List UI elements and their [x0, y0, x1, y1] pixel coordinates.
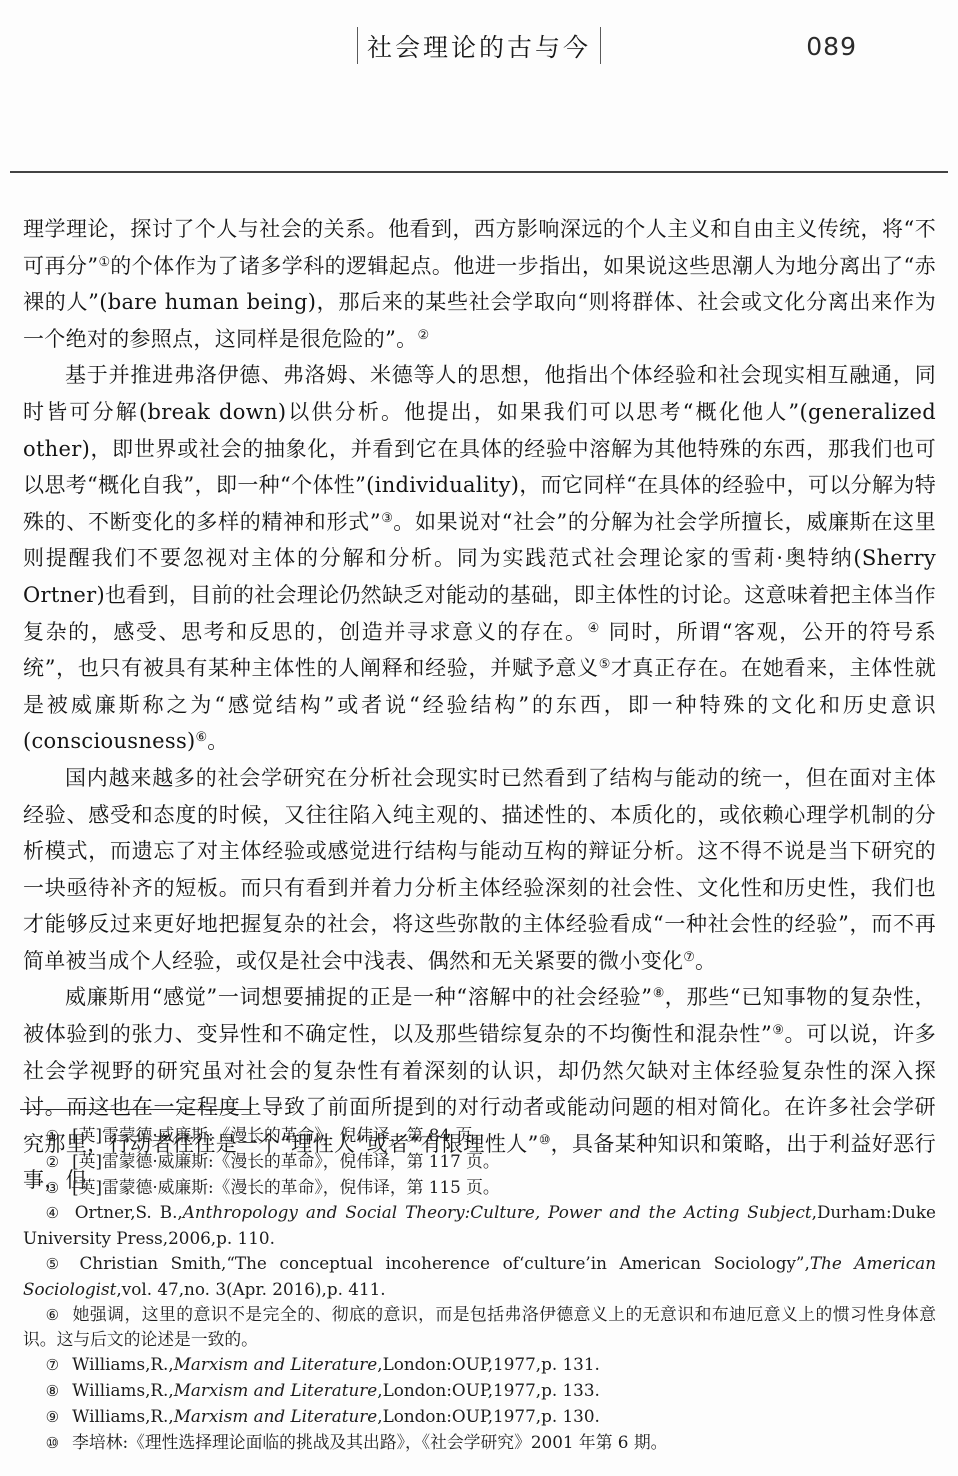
footnote-item: ③[英]雷蒙德·威廉斯:《漫长的革命》，倪伟译，第 115 页。 — [23, 1175, 936, 1201]
footnote-marker: ⑤ — [46, 1255, 67, 1273]
footnote-item: ⑦Williams,R.,Marxism and Literature,Lond… — [23, 1352, 936, 1378]
running-title-text: 社会理论的古与今 — [358, 28, 600, 64]
text-run: 。 — [207, 729, 228, 753]
footnote-item: ⑥她强调，这里的意识不是完全的、彻底的意识，而是包括弗洛伊德意义上的无意识和布迪… — [23, 1302, 936, 1353]
footnotes-section: ①[英]雷蒙德·威廉斯:《漫长的革命》，倪伟译，第 84 页。②[英]雷蒙德·威… — [23, 1109, 936, 1455]
footnote-item: ⑧Williams,R.,Marxism and Literature,Lond… — [23, 1378, 936, 1404]
footnote-ref: ⑨ — [772, 1023, 784, 1038]
footnote-marker: ① — [46, 1127, 59, 1145]
text-run: 。 — [695, 949, 716, 973]
text-run: 的个体作为了诸多学科的逻辑起点。他进一步指出，如果说这些思潮人为地分离出了“赤裸… — [23, 254, 936, 351]
footnote-ref: ③ — [381, 511, 393, 526]
footnote-marker: ④ — [46, 1204, 62, 1222]
footnote-marker: ⑥ — [46, 1306, 60, 1324]
footnote-ref: ⑧ — [652, 986, 664, 1001]
paragraph: 国内越来越多的社会学研究在分析社会现实时已然看到了结构与能动的统一，但在面对主体… — [23, 760, 936, 980]
footnote-text: ,London:OUP,1977,p. 131. — [377, 1354, 600, 1374]
footnote-text: ,London:OUP,1977,p. 130. — [377, 1406, 600, 1426]
footnote-ref: ④ — [588, 621, 601, 636]
footnote-text: Ortner,S. B., — [75, 1202, 183, 1222]
footnote-marker: ⑦ — [46, 1356, 59, 1374]
footnote-text: 李培林:《理性选择理论面临的挑战及其出路》，《社会学研究》2001 年第 6 期… — [72, 1432, 667, 1452]
title-right-bar — [600, 27, 601, 64]
footnote-ref: ② — [417, 328, 429, 343]
header-divider — [10, 171, 948, 173]
footnote-text: Christian Smith,“The conceptual incohere… — [79, 1253, 809, 1273]
footnote-text: [英]雷蒙德·威廉斯:《漫长的革命》，倪伟译，第 117 页。 — [72, 1151, 500, 1171]
footnote-text: Williams,R., — [72, 1406, 174, 1426]
footnote-list: ①[英]雷蒙德·威廉斯:《漫长的革命》，倪伟译，第 84 页。②[英]雷蒙德·威… — [23, 1123, 936, 1455]
footnote-text: ,London:OUP,1977,p. 133. — [377, 1380, 600, 1400]
footnote-ref: ① — [98, 255, 110, 270]
footnote-marker: ③ — [46, 1179, 59, 1197]
text-run: 国内越来越多的社会学研究在分析社会现实时已然看到了结构与能动的统一，但在面对主体… — [23, 766, 936, 973]
footnote-item: ②[英]雷蒙德·威廉斯:《漫长的革命》，倪伟译，第 117 页。 — [23, 1149, 936, 1175]
footnote-item: ⑤Christian Smith,“The conceptual incoher… — [23, 1251, 936, 1302]
footnote-divider — [20, 1109, 252, 1110]
text-run: 基于并推进弗洛伊德、弗洛姆、米德等人的思想，他指出个体经验和社会现实相互融通，同… — [23, 363, 936, 533]
footnote-marker: ⑩ — [46, 1434, 59, 1452]
paragraph: 基于并推进弗洛伊德、弗洛姆、米德等人的思想，他指出个体经验和社会现实相互融通，同… — [23, 357, 936, 760]
footnote-marker: ⑨ — [46, 1408, 59, 1426]
footnote-work-title: Marxism and Literature — [174, 1380, 378, 1400]
footnote-work-title: Marxism and Literature — [174, 1354, 378, 1374]
footnote-text: [英]雷蒙德·威廉斯:《漫长的革命》，倪伟译，第 84 页。 — [72, 1125, 489, 1145]
footnote-item: ④Ortner,S. B.,Anthropology and Social Th… — [23, 1200, 936, 1251]
footnote-marker: ⑧ — [46, 1382, 59, 1400]
paragraph: 理学理论，探讨了个人与社会的关系。他看到，西方影响深远的个人主义和自由主义传统，… — [23, 211, 936, 357]
footnote-marker: ② — [46, 1153, 59, 1171]
text-run: 威廉斯用“感觉”一词想要捕捉的正是一种“溶解中的社会经验” — [65, 985, 652, 1009]
footnote-text: Williams,R., — [72, 1354, 174, 1374]
footnote-item: ①[英]雷蒙德·威廉斯:《漫长的革命》，倪伟译，第 84 页。 — [23, 1123, 936, 1149]
footnote-ref: ⑥ — [196, 730, 208, 745]
footnote-text: ,vol. 47,no. 3(Apr. 2016),p. 411. — [116, 1279, 385, 1299]
footnote-item: ⑩李培林:《理性选择理论面临的挑战及其出路》，《社会学研究》2001 年第 6 … — [23, 1430, 936, 1456]
footnote-ref: ⑦ — [683, 950, 695, 965]
document-page: 社会理论的古与今 089 理学理论，探讨了个人与社会的关系。他看到，西方影响深远… — [0, 0, 958, 1476]
footnote-text: [英]雷蒙德·威廉斯:《漫长的革命》，倪伟译，第 115 页。 — [72, 1177, 500, 1197]
page-number: 089 — [806, 32, 857, 61]
footnote-work-title: Marxism and Literature — [174, 1406, 378, 1426]
footnote-ref: ⑤ — [599, 657, 611, 672]
article-body: 理学理论，探讨了个人与社会的关系。他看到，西方影响深远的个人主义和自由主义传统，… — [23, 211, 936, 1199]
footnote-work-title: Anthropology and Social Theory:Culture, … — [183, 1202, 812, 1222]
footnote-item: ⑨Williams,R.,Marxism and Literature,Lond… — [23, 1404, 936, 1430]
footnote-text: 她强调，这里的意识不是完全的、彻底的意识，而是包括弗洛伊德意义上的无意识和布迪厄… — [23, 1304, 936, 1350]
footnote-text: Williams,R., — [72, 1380, 174, 1400]
